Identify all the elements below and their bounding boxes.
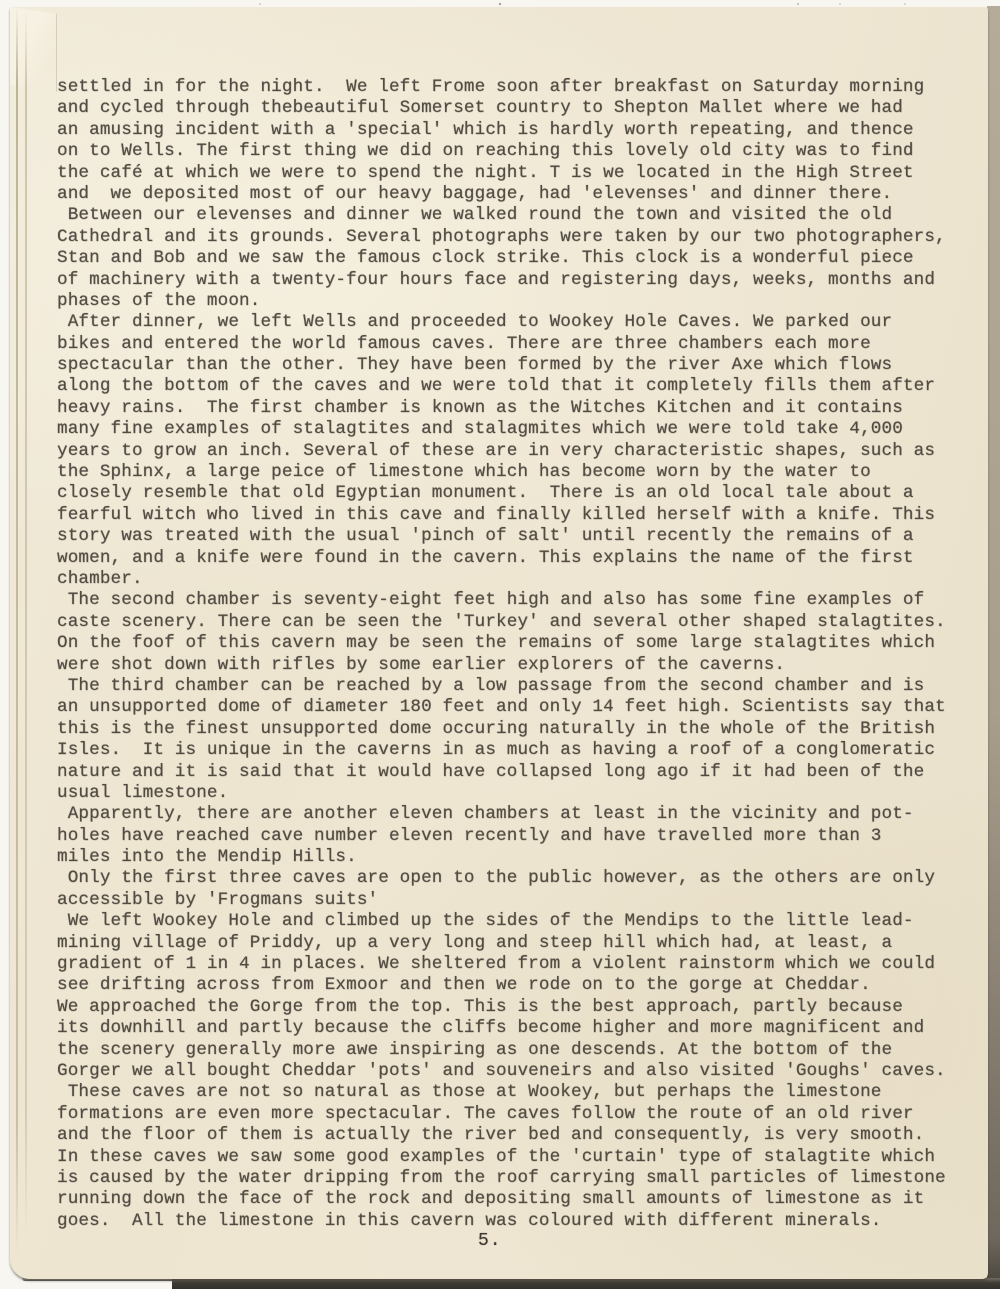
text-line: on to Wells. The first thing we did on r… <box>57 141 946 162</box>
text-line: an unsupported dome of diameter 180 feet… <box>57 697 946 718</box>
under-page-shadow <box>172 1278 1000 1289</box>
text-line: Stan and Bob and we saw the famous clock… <box>57 248 946 269</box>
text-line: We left Wookey Hole and climbed up the s… <box>57 911 946 932</box>
text-line: along the bottom of the caves and we wer… <box>57 376 946 397</box>
text-line: and cycled through thebeautiful Somerset… <box>57 98 946 119</box>
text-line: These caves are not so natural as those … <box>57 1082 946 1103</box>
paragraph: Apparently, there are another eleven cha… <box>57 804 946 868</box>
text-line: miles into the Mendip Hills. <box>57 847 946 868</box>
text-line: this is the finest unsupported dome occu… <box>57 719 946 740</box>
text-line: nature and it is said that it would have… <box>57 762 946 783</box>
page-number: 5. <box>478 1231 502 1251</box>
text-line: and the floor of them is actually the ri… <box>57 1125 946 1146</box>
text-line: usual limestone. <box>57 783 946 804</box>
text-line: the café at which we were to spend the n… <box>57 163 946 184</box>
text-line: chamber. <box>57 569 946 590</box>
text-line: and we deposited most of our heavy bagga… <box>57 184 946 205</box>
text-line: an amusing incident with a 'special' whi… <box>57 120 946 141</box>
text-line: see drifting across from Exmoor and then… <box>57 975 946 996</box>
text-line: Between our elevenses and dinner we walk… <box>57 205 946 226</box>
booklet-page: settled in for the night. We left Frome … <box>10 7 988 1279</box>
text-line: closely resemble that old Egyptian monum… <box>57 483 946 504</box>
binding-crease <box>25 13 27 1234</box>
text-line: of machinery with a twenty-four hours fa… <box>57 270 946 291</box>
paragraph: Between our elevenses and dinner we walk… <box>57 205 946 312</box>
text-line: Isles. It is unique in the caverns in as… <box>57 740 946 761</box>
text-line: bikes and entered the world famous caves… <box>57 334 946 355</box>
text-line: In these caves we saw some good examples… <box>57 1147 946 1168</box>
paragraph: These caves are not so natural as those … <box>57 1082 946 1232</box>
paragraph: After dinner, we left Wells and proceede… <box>57 312 946 590</box>
text-line: fearful witch who lived in this cave and… <box>57 505 946 526</box>
text-line: accessible by 'Frogmans suits' <box>57 890 946 911</box>
text-line: years to grow an inch. Several of these … <box>57 441 946 462</box>
scanned-document: settled in for the night. We left Frome … <box>0 0 1000 1289</box>
text-line: mining village of Priddy, up a very long… <box>57 933 946 954</box>
text-line: The second chamber is seventy-eight feet… <box>57 590 946 611</box>
paragraph: Only the first three caves are open to t… <box>57 868 946 911</box>
text-line: its downhill and partly because the clif… <box>57 1018 946 1039</box>
paragraph: We left Wookey Hole and climbed up the s… <box>57 911 946 997</box>
text-line: gradient of 1 in 4 in places. We shelter… <box>57 954 946 975</box>
paragraph: The second chamber is seventy-eight feet… <box>57 590 946 676</box>
paragraph: We approached the Gorge from the top. Th… <box>57 997 946 1083</box>
text-line: Apparently, there are another eleven cha… <box>57 804 946 825</box>
typewritten-text-block: settled in for the night. We left Frome … <box>57 77 946 1232</box>
text-line: phases of the moon. <box>57 291 946 312</box>
text-line: holes have reached cave number eleven re… <box>57 826 946 847</box>
text-line: many fine examples of stalagtites and st… <box>57 419 946 440</box>
text-line: After dinner, we left Wells and proceede… <box>57 312 946 333</box>
text-line: is caused by the water dripping from the… <box>57 1168 946 1189</box>
text-line: formations are even more spectacular. Th… <box>57 1104 946 1125</box>
text-line: goes. All the limestone in this cavern w… <box>57 1211 946 1232</box>
top-edge-dust <box>0 2 1000 6</box>
text-line: spectacular than the other. They have be… <box>57 355 946 376</box>
page-right-edge <box>987 6 1000 1289</box>
text-line: On the foof of this cavern may be seen t… <box>57 633 946 654</box>
paragraph: settled in for the night. We left Frome … <box>57 77 946 205</box>
text-line: settled in for the night. We left Frome … <box>57 77 946 98</box>
text-line: were shot down with rifles by some earli… <box>57 655 946 676</box>
text-line: Gorger we all bought Cheddar 'pots' and … <box>57 1061 946 1082</box>
text-line: heavy rains. The first chamber is known … <box>57 398 946 419</box>
text-line: running down the face of the rock and de… <box>57 1189 946 1210</box>
text-line: Cathedral and its grounds. Several photo… <box>57 227 946 248</box>
text-line: story was treated with the usual 'pinch … <box>57 526 946 547</box>
text-line: caste scenery. There can be seen the 'Tu… <box>57 612 946 633</box>
text-line: women, and a knife were found in the cav… <box>57 548 946 569</box>
binding-crease <box>16 7 18 1254</box>
paragraph: The third chamber can be reached by a lo… <box>57 676 946 804</box>
text-line: The third chamber can be reached by a lo… <box>57 676 946 697</box>
text-line: Only the first three caves are open to t… <box>57 868 946 889</box>
text-line: We approached the Gorge from the top. Th… <box>57 997 946 1018</box>
text-line: the Sphinx, a large peice of limestone w… <box>57 462 946 483</box>
text-line: the scenery generally more awe inspiring… <box>57 1040 946 1061</box>
